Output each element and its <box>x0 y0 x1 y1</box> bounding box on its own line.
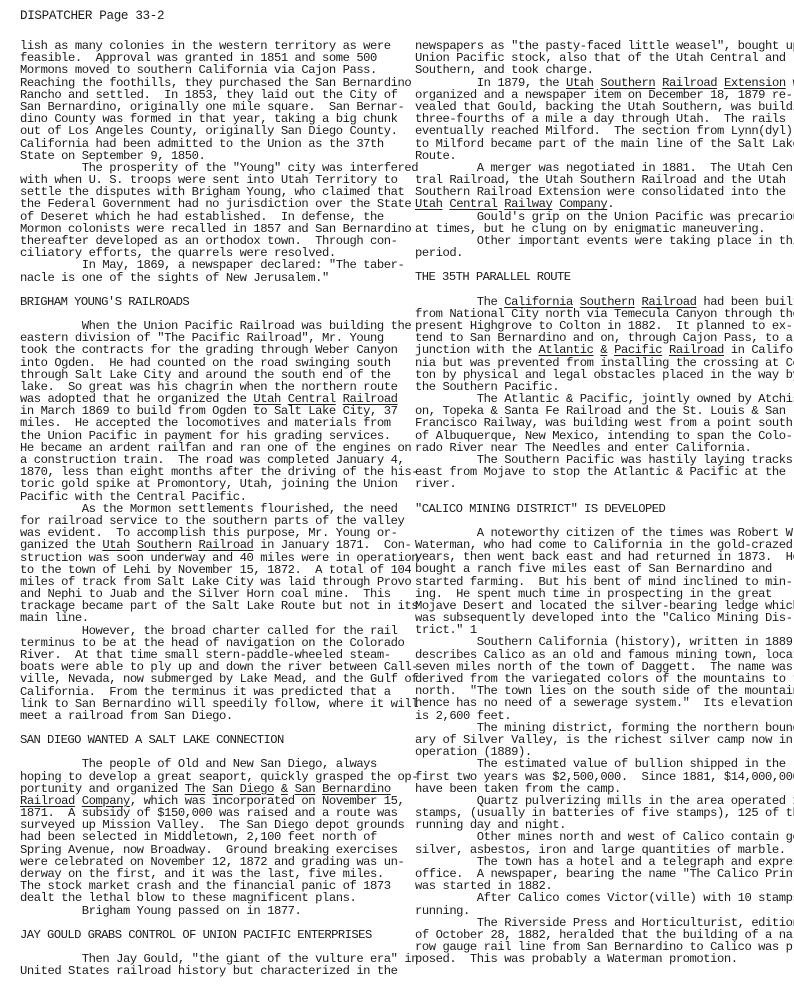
text-line: period. <box>415 247 791 259</box>
text-line: miles. He accepted the locomotives and m… <box>20 417 395 429</box>
paragraph-block: lish as many colonies in the western ter… <box>20 40 395 284</box>
text-line: In May, 1869, a newspaper declared: "The… <box>20 259 395 271</box>
section-heading: SAN DIEGO WANTED A SALT LAKE CONNECTION <box>20 734 395 746</box>
text-line: of Deseret which he had established. In … <box>20 211 395 223</box>
text-line: Pacific with the Central Pacific. <box>20 491 395 503</box>
page-header: DISPATCHER Page 33-2 <box>20 9 164 23</box>
text-line: silver, asbestos, iron and large quantit… <box>415 844 791 856</box>
text-line: United States railroad history but chara… <box>20 965 395 977</box>
section-heading: THE 35TH PARALLEL ROUTE <box>415 271 791 283</box>
left-column: lish as many colonies in the western ter… <box>20 40 395 977</box>
text-line: In 1879, the Utah Southern Railroad Exte… <box>415 77 791 89</box>
text-line: posed. This was probably a Waterman prom… <box>415 953 791 965</box>
text-line: Francisco Railway, was building west fro… <box>415 417 791 429</box>
text-line: is 2,600 feet. <box>415 710 791 722</box>
text-line: Other mines north and west of Calico con… <box>415 831 791 843</box>
section-heading: BRIGHAM YOUNG'S RAILROADS <box>20 296 395 308</box>
spacer <box>20 284 395 296</box>
text-line: The people of Old and New San Diego, alw… <box>20 758 395 770</box>
paragraph-block: nia but was prevented from installing th… <box>415 357 791 491</box>
section-heading: JAY GOULD GRABS CONTROL OF UNION PACIFIC… <box>20 929 395 941</box>
paragraph-block: struction was soon underway and 40 miles… <box>20 552 395 723</box>
text-line: had been selected in Middletown, 2,100 f… <box>20 831 395 843</box>
spacer <box>20 917 395 929</box>
text-line: The California Southern Railroad had bee… <box>415 296 791 308</box>
right-column: newspapers as "the pasty-faced little we… <box>415 40 791 966</box>
text-line: The estimated value of bullion shipped i… <box>415 758 791 770</box>
text-line: Brigham Young passed on in 1877. <box>20 905 395 917</box>
paragraph-block: 1871. A subsidy of $150,000 was raised a… <box>20 807 395 917</box>
text-line: Gould's grip on the Union Pacific was pr… <box>415 211 791 223</box>
text-line: took the contracts for the grading throu… <box>20 344 395 356</box>
text-line: California. From the terminus it was pre… <box>20 686 395 698</box>
text-line: However, the broad charter called for th… <box>20 625 395 637</box>
text-line: Other important events were taking place… <box>415 235 791 247</box>
text-line: toric gold spike at Promontory, Utah, jo… <box>20 478 395 490</box>
text-line: nacle is one of the sights of New Jerusa… <box>20 272 395 284</box>
text-line: dealt the lethal blow to these magnifice… <box>20 892 395 904</box>
text-line: bought a ranch five miles east of San Be… <box>415 563 791 575</box>
text-line: eventually reached Milford. The section … <box>415 125 791 137</box>
text-line: the Union Pacific in payment for his gra… <box>20 430 395 442</box>
text-line: meet a railroad from San Diego. <box>20 710 395 722</box>
paragraph-block: Then Jay Gould, "the giant of the vultur… <box>20 953 395 977</box>
spacer <box>415 515 791 527</box>
paragraph-block: Gould's grip on the Union Pacific was pr… <box>415 211 791 260</box>
paragraph-block: organized and a newspaper item on Decemb… <box>415 89 791 199</box>
paragraph-block: The people of Old and New San Diego, alw… <box>20 758 395 782</box>
spacer <box>415 491 791 503</box>
text-line: Reaching the foothills, they purchased t… <box>20 77 395 89</box>
paragraph-block: newspapers as "the pasty-faced little we… <box>415 40 791 77</box>
text-line: California had been admitted to the Unio… <box>20 138 395 150</box>
paragraph-block: A noteworthy citizen of the times was Ro… <box>415 527 791 966</box>
text-line: the Federal Government had no jurisdicti… <box>20 198 395 210</box>
text-line: running. <box>415 905 791 917</box>
text-line: describes Calico as an old and famous mi… <box>415 649 791 661</box>
text-line: hence has no need of a sewerage system."… <box>415 697 791 709</box>
paragraph-block: in March 1869 to build from Ogden to Sal… <box>20 405 395 539</box>
text-line: Southern California (history), written i… <box>415 636 791 648</box>
text-line: Utah Central Railway Company. <box>415 198 791 210</box>
text-line: into Ogden. He had counted on the road s… <box>20 357 395 369</box>
text-line: ville, Nevada, now submerged by Lake Mea… <box>20 673 395 685</box>
text-line: main line. <box>20 612 395 624</box>
text-line: nia but was prevented from installing th… <box>415 357 791 369</box>
text-line: struction was soon underway and 40 miles… <box>20 552 395 564</box>
text-line: Mormons moved to southern California via… <box>20 64 395 76</box>
paragraph-block: from National City north via Temecula Ca… <box>415 308 791 345</box>
text-line: junction with the Atlantic & Pacific Rai… <box>415 344 791 356</box>
section-heading: "CALICO MINING DISTRICT" IS DEVELOPED <box>415 503 791 515</box>
text-line: of Albuquerque, New Mexico, intending to… <box>415 430 791 442</box>
paragraph-block: When the Union Pacific Railroad was buil… <box>20 320 395 393</box>
text-line: first two years was $2,500,000. Since 18… <box>415 771 791 783</box>
text-line: river. <box>415 478 791 490</box>
text-line: Spring Avenue, now Broadway. Ground brea… <box>20 844 395 856</box>
text-line: to Milford became part of the main line … <box>415 138 791 150</box>
text-line: ganized the Utah Southern Railroad in Ja… <box>20 539 395 551</box>
text-line: out of Los Angeles County, originally Sa… <box>20 125 395 137</box>
text-line: started farming. But his bent of mind in… <box>415 576 791 588</box>
text-line: east from Mojave to stop the Atlantic & … <box>415 466 791 478</box>
text-line: After Calico comes Victor(ville) with 10… <box>415 892 791 904</box>
